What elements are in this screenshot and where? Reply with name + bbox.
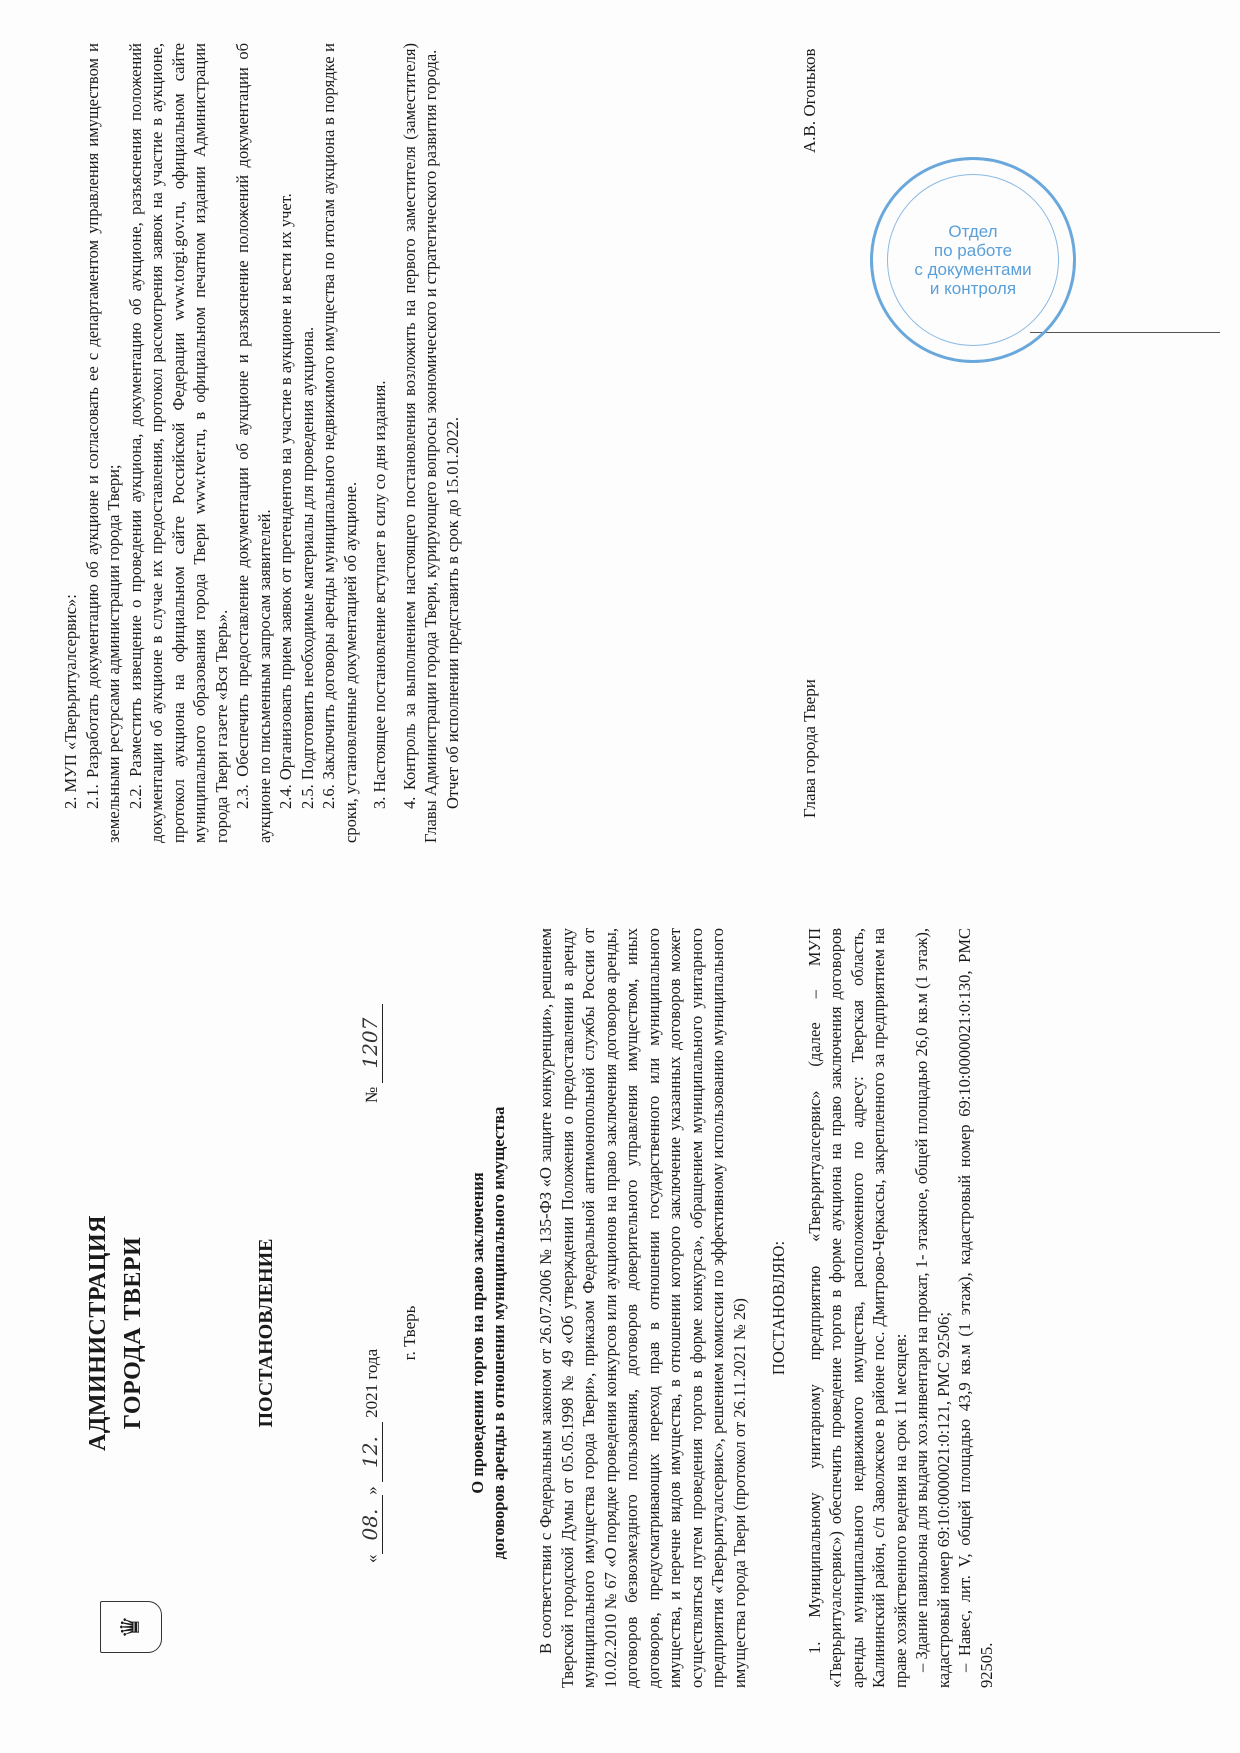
- preamble: В соответствии с Федеральным законом от …: [535, 928, 750, 1688]
- date-month: 12.: [358, 1422, 383, 1482]
- clause: 2.3. Обеспечить предоставление документа…: [232, 43, 275, 843]
- clause: 1. Муниципальному унитарному предприятию…: [804, 928, 912, 1688]
- date-line: «08.» 12. 2021 года: [358, 1349, 382, 1563]
- document-page: ♛ АДМИНИСТРАЦИЯ ГОРОДА ТВЕРИ ПОСТАНОВЛЕН…: [0, 0, 1240, 1753]
- subject-line1: О проведении торгов на право заключения: [467, 953, 488, 1713]
- clause: 2.6. Заключить договоры аренды муниципал…: [318, 43, 361, 843]
- clause: 2.1. Разработать документацию об аукцион…: [82, 43, 125, 843]
- number-label: №: [362, 1087, 381, 1103]
- clause: 2.2. Разместить извещение о проведении а…: [125, 43, 233, 843]
- org-name-line2: ГОРОДА ТВЕРИ: [120, 953, 147, 1713]
- clause: 3. Настоящее постановление вступает в си…: [369, 43, 391, 843]
- doc-type: ПОСТАНОВЛЕНИЕ: [255, 953, 278, 1713]
- signature-name: А.В. Огоньков: [800, 49, 820, 153]
- first-page-body: В соответствии с Федеральным законом от …: [535, 928, 997, 1688]
- quote-open: «: [362, 1555, 381, 1564]
- stamp-ring: [887, 174, 1059, 346]
- clause: 2.5. Подготовить необходимые материалы д…: [297, 43, 319, 843]
- signature-line: [1030, 332, 1220, 333]
- subject-line2: договоров аренды в отношении муниципальн…: [488, 953, 509, 1713]
- quote-close: »: [362, 1486, 381, 1495]
- clause: Отчет об исполнении представить в срок д…: [442, 43, 464, 843]
- subject: О проведении торгов на право заключения …: [467, 953, 509, 1713]
- clause: – Здание павильона для выдачи хоз.инвент…: [911, 928, 954, 1688]
- number-value: 1207: [358, 1004, 383, 1083]
- decree-word: ПОСТАНОВЛЯЮ:: [768, 928, 790, 1688]
- clause: – Навес, лит. V, общей площадью 43,9 кв.…: [954, 928, 997, 1688]
- city: г. Тверь: [400, 953, 420, 1713]
- clause: 2. МУП «Тверьритуалсервис»:: [60, 43, 82, 843]
- clause: 2.4. Организовать прием заявок от претен…: [275, 43, 297, 843]
- signature-position: Глава города Твери: [800, 679, 820, 818]
- doc-number: № 1207: [358, 1004, 382, 1103]
- date-year: 2021 года: [362, 1349, 381, 1418]
- org-name-line1: АДМИНИСТРАЦИЯ: [85, 953, 112, 1713]
- date-day: 08.: [358, 1495, 383, 1555]
- official-stamp: Отдел по работе с документами и контроля: [870, 157, 1076, 363]
- clause: 4. Контроль за выполнением настоящего по…: [399, 43, 442, 843]
- second-page: 2. МУП «Тверьритуалсервис»: 2.1. Разрабо…: [60, 43, 463, 843]
